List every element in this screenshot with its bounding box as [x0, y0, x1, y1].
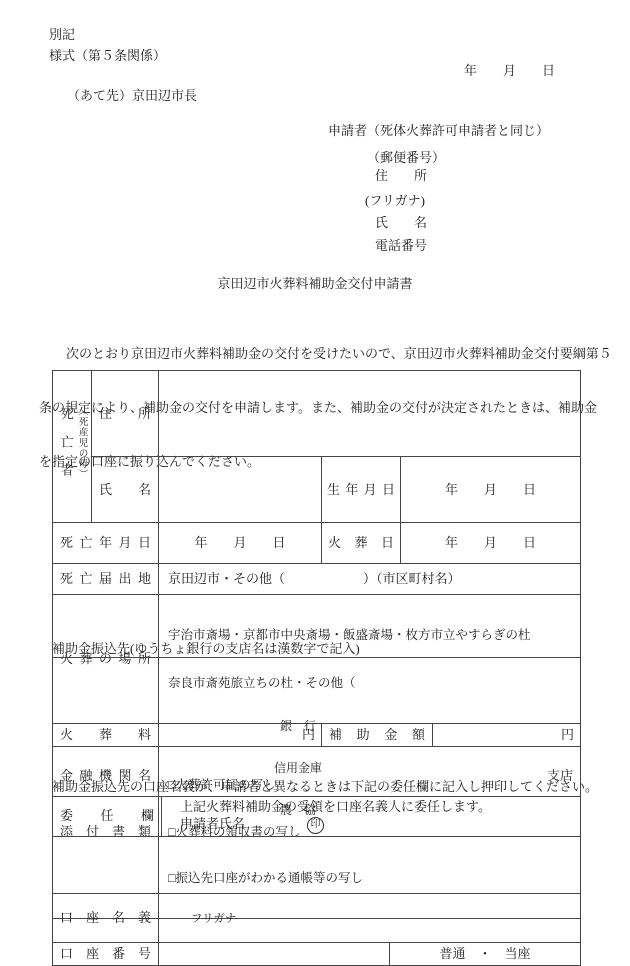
account-holder-label: 口座名義	[53, 894, 159, 943]
account-type-options: 普通 ・ 当座	[390, 943, 581, 966]
applicant-heading: 申請者（死体火葬許可申請者と同じ）	[328, 123, 549, 139]
delegation-note: 補助金振込先の口座名義が、申請者と異なるときは下記の委任欄に記入し押印してくださ…	[52, 779, 598, 795]
application-form-page: 別記 様式（第５条関係） 年 月 日 （あて先）京田辺市長 申請者（死体火葬許可…	[0, 0, 630, 903]
institution-type: 銀 行	[223, 719, 373, 733]
birth-date-label: 生年月日	[322, 457, 401, 523]
institution-type: 信用金庫	[223, 761, 373, 775]
delegation-table: 委任欄 上記火葬料補助金の受領を口座名義人に委任します。 申請者氏名印	[52, 796, 581, 837]
birth-date-value: 年 月 日	[401, 457, 581, 523]
seal-stamp-icon: 印	[307, 817, 324, 834]
account-number-value-cell	[159, 943, 390, 966]
form-remark: 別記	[49, 27, 75, 43]
applicant-name-label: 申請者氏名	[180, 816, 245, 831]
intro-line: 次のとおり京田辺市火葬料補助金の交付を受けたいので、京田辺市火葬料補助金交付要綱…	[39, 343, 573, 365]
form-reference: 様式（第５条関係）	[49, 48, 166, 64]
deceased-address-label: 住所	[92, 371, 159, 457]
account-holder-value-cell: フリガナ	[159, 894, 581, 943]
date-line: 年 月 日	[464, 63, 555, 79]
postal-code-label: （郵便番号）	[367, 150, 445, 166]
delegation-statement: 上記火葬料補助金の受領を口座名義人に委任します。	[180, 799, 580, 815]
transfer-heading: 補助金振込先(ゆうちょ銀行の支店名は漢数字で記入)	[52, 641, 360, 657]
deceased-subject-label: 死亡者	[57, 407, 73, 490]
institution-label: 金融機関名	[53, 658, 159, 894]
deceased-name-value-cell	[159, 457, 322, 523]
address-label: 住 所	[375, 168, 427, 184]
cremation-date-label: 火葬日	[322, 523, 401, 564]
death-date-value: 年 月 日	[159, 523, 322, 564]
deceased-subject-cell: 死亡者 （死産児の母）	[53, 371, 92, 523]
notification-place-label: 死亡届出地	[53, 564, 159, 595]
furigana-label: (フリガナ)	[365, 193, 425, 209]
name-label: 氏 名	[375, 215, 427, 231]
institution-value-cell: 銀 行 信用金庫 農 協 支店	[159, 658, 581, 894]
seal-character: 印	[311, 819, 321, 832]
delegation-label: 委任欄	[53, 797, 162, 837]
deceased-name-label: 氏名	[92, 457, 159, 523]
phone-label: 電話番号	[375, 238, 427, 254]
page-title: 京田辺市火葬料補助金交付申請書	[0, 276, 630, 292]
notification-place-value: 京田辺市・その他（ ）（市区町村名）	[159, 564, 581, 595]
addressee-line: （あて先）京田辺市長	[67, 88, 197, 104]
delegation-signature-line: 申請者氏名印	[180, 816, 580, 834]
cremation-date-value: 年 月 日	[401, 523, 581, 564]
deceased-subject-note: （死産児の母）	[75, 406, 87, 490]
delegation-content-cell: 上記火葬料補助金の受領を口座名義人に委任します。 申請者氏名印	[162, 797, 581, 837]
deceased-address-value-cell	[159, 371, 581, 457]
account-number-label: 口座番号	[53, 943, 159, 966]
death-date-label: 死亡年月日	[53, 523, 159, 564]
holder-furigana-label: フリガナ	[191, 913, 236, 925]
